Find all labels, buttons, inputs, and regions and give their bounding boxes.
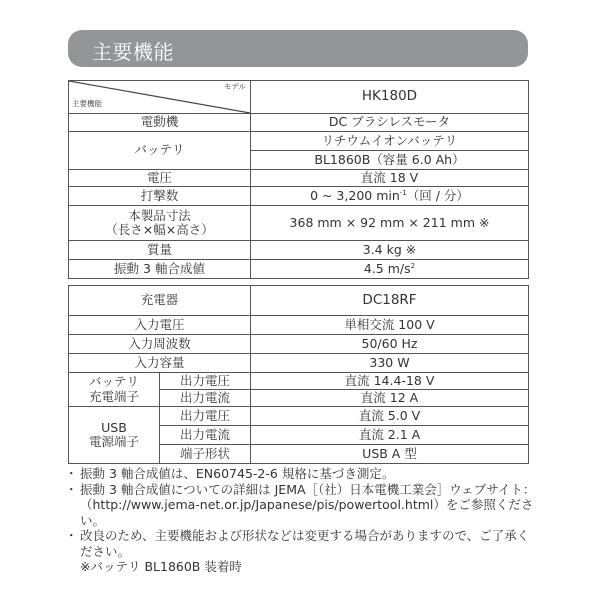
charger-row-input-frequency: 入力周波数 50/60 Hz [69, 335, 529, 354]
bullet-icon: ・ [65, 528, 78, 544]
spec-header-row: モデル 主要機能 HK180D [69, 81, 529, 114]
spec-label: 入力周波数 [69, 335, 251, 354]
spec-value: リチウムイオンバッテリ [251, 132, 529, 151]
spec-value: 3.4 kg ※ [251, 241, 529, 260]
spec-label: 入力容量 [69, 354, 251, 373]
spec-row-battery: バッテリ リチウムイオンバッテリ [69, 132, 529, 151]
spec-value: BL1860B（容量 6.0 Ah） [251, 151, 529, 170]
footnote: ※バッテリ BL1860B 装着時 [62, 559, 540, 575]
dimensions-sublabel: （長さ×幅×高さ） [69, 223, 250, 237]
group-label: USB [69, 421, 159, 435]
spec-label: 入力電圧 [69, 316, 251, 335]
vibration-value: 4.5 m/s [364, 261, 411, 276]
spec-value: 直流 2.1 A [251, 426, 529, 445]
spec-value: 4.5 m/s2 [251, 260, 529, 279]
spec-value: USB A 型 [251, 445, 529, 464]
charger-label: 充電器 [69, 286, 251, 316]
bullet-icon: ・ [65, 482, 78, 498]
section-title-bar: 主要機能 [68, 30, 528, 67]
note-text: 振動 3 軸合成値についての詳細は JEMA［（社）日本電機工業会］ウェブサイト… [80, 482, 535, 528]
spec-label: 質量 [69, 241, 251, 260]
spec-label: 打撃数 [69, 187, 251, 206]
spec-label: 電動機 [69, 114, 251, 132]
spec-value: 直流 18 V [251, 170, 529, 187]
corner-feature-label: 主要機能 [72, 100, 102, 109]
group-label-usb-terminal: USB電源端子 [69, 407, 160, 464]
spec-label: 振動 3 軸合成値 [69, 260, 251, 279]
charger-row-usb-out-voltage: USB電源端子 出力電圧 直流 5.0 V [69, 407, 529, 426]
charger-row-input-voltage: 入力電圧 単相交流 100 V [69, 316, 529, 335]
spec-row-dimensions: 本製品寸法（長さ×幅×高さ） 368 mm × 92 mm × 211 mm ※ [69, 206, 529, 241]
spec-value: DC ブラシレスモータ [251, 114, 529, 132]
spec-sublabel: 出力電流 [160, 390, 251, 407]
charger-table: 充電器 DC18RF 入力電圧 単相交流 100 V 入力周波数 50/60 H… [68, 285, 529, 464]
spec-row-weight: 質量 3.4 kg ※ [69, 241, 529, 260]
note-item: ・振動 3 軸合成値は、EN60745-2-6 規格に基づき測定。 [62, 466, 540, 482]
spec-label: 本製品寸法（長さ×幅×高さ） [69, 206, 251, 241]
group-label: バッテリ [69, 375, 159, 389]
bullet-icon: ・ [65, 466, 78, 482]
charger-row-input-capacity: 入力容量 330 W [69, 354, 529, 373]
vibration-exponent: 2 [411, 262, 415, 270]
spec-sublabel: 端子形状 [160, 445, 251, 464]
spec-value: 直流 12 A [251, 390, 529, 407]
spec-value: 直流 5.0 V [251, 407, 529, 426]
note-text: 改良のため、主要機能および形状などは変更する場合がありますので、ご了承ください。 [80, 528, 529, 559]
note-text: 振動 3 軸合成値は、EN60745-2-6 規格に基づき測定。 [80, 466, 394, 481]
impact-rate-value: 0 ~ 3,200 min [310, 188, 400, 203]
spec-row-voltage: 電圧 直流 18 V [69, 170, 529, 187]
spec-value: 330 W [251, 354, 529, 373]
spec-row-vibration: 振動 3 軸合成値 4.5 m/s2 [69, 260, 529, 279]
spec-sublabel: 出力電流 [160, 426, 251, 445]
note-item: ・振動 3 軸合成値についての詳細は JEMA［（社）日本電機工業会］ウェブサイ… [62, 482, 540, 529]
spec-row-motor: 電動機 DC ブラシレスモータ [69, 114, 529, 132]
spec-value: 50/60 Hz [251, 335, 529, 354]
spec-table: モデル 主要機能 HK180D 電動機 DC ブラシレスモータ バッテリ リチウ… [68, 80, 529, 279]
section-title: 主要機能 [92, 36, 174, 65]
charger-model: DC18RF [251, 286, 529, 316]
spec-value: 単相交流 100 V [251, 316, 529, 335]
model-name: HK180D [251, 81, 529, 114]
spec-sublabel: 出力電圧 [160, 407, 251, 426]
group-label-battery-terminal: バッテリ充電端子 [69, 373, 160, 407]
spec-label: バッテリ [69, 132, 251, 170]
spec-value: 368 mm × 92 mm × 211 mm ※ [251, 206, 529, 241]
spec-value: 直流 14.4-18 V [251, 373, 529, 390]
spec-sublabel: 出力電圧 [160, 373, 251, 390]
corner-header-cell: モデル 主要機能 [69, 81, 251, 114]
note-item: ・改良のため、主要機能および形状などは変更する場合がありますので、ご了承ください… [62, 528, 540, 559]
notes-section: ・振動 3 軸合成値は、EN60745-2-6 規格に基づき測定。 ・振動 3 … [62, 466, 540, 575]
impact-rate-unit: （回 / 分） [407, 188, 469, 203]
corner-model-label: モデル [224, 83, 246, 92]
impact-rate-exponent: -1 [400, 189, 407, 197]
charger-header-row: 充電器 DC18RF [69, 286, 529, 316]
charger-row-battery-out-voltage: バッテリ充電端子 出力電圧 直流 14.4-18 V [69, 373, 529, 390]
spec-value: 0 ~ 3,200 min-1（回 / 分） [251, 187, 529, 206]
dimensions-label: 本製品寸法 [69, 209, 250, 223]
group-sublabel: 充電端子 [69, 390, 159, 404]
spec-label: 電圧 [69, 170, 251, 187]
group-sublabel: 電源端子 [69, 435, 159, 449]
spec-row-impact-rate: 打撃数 0 ~ 3,200 min-1（回 / 分） [69, 187, 529, 206]
